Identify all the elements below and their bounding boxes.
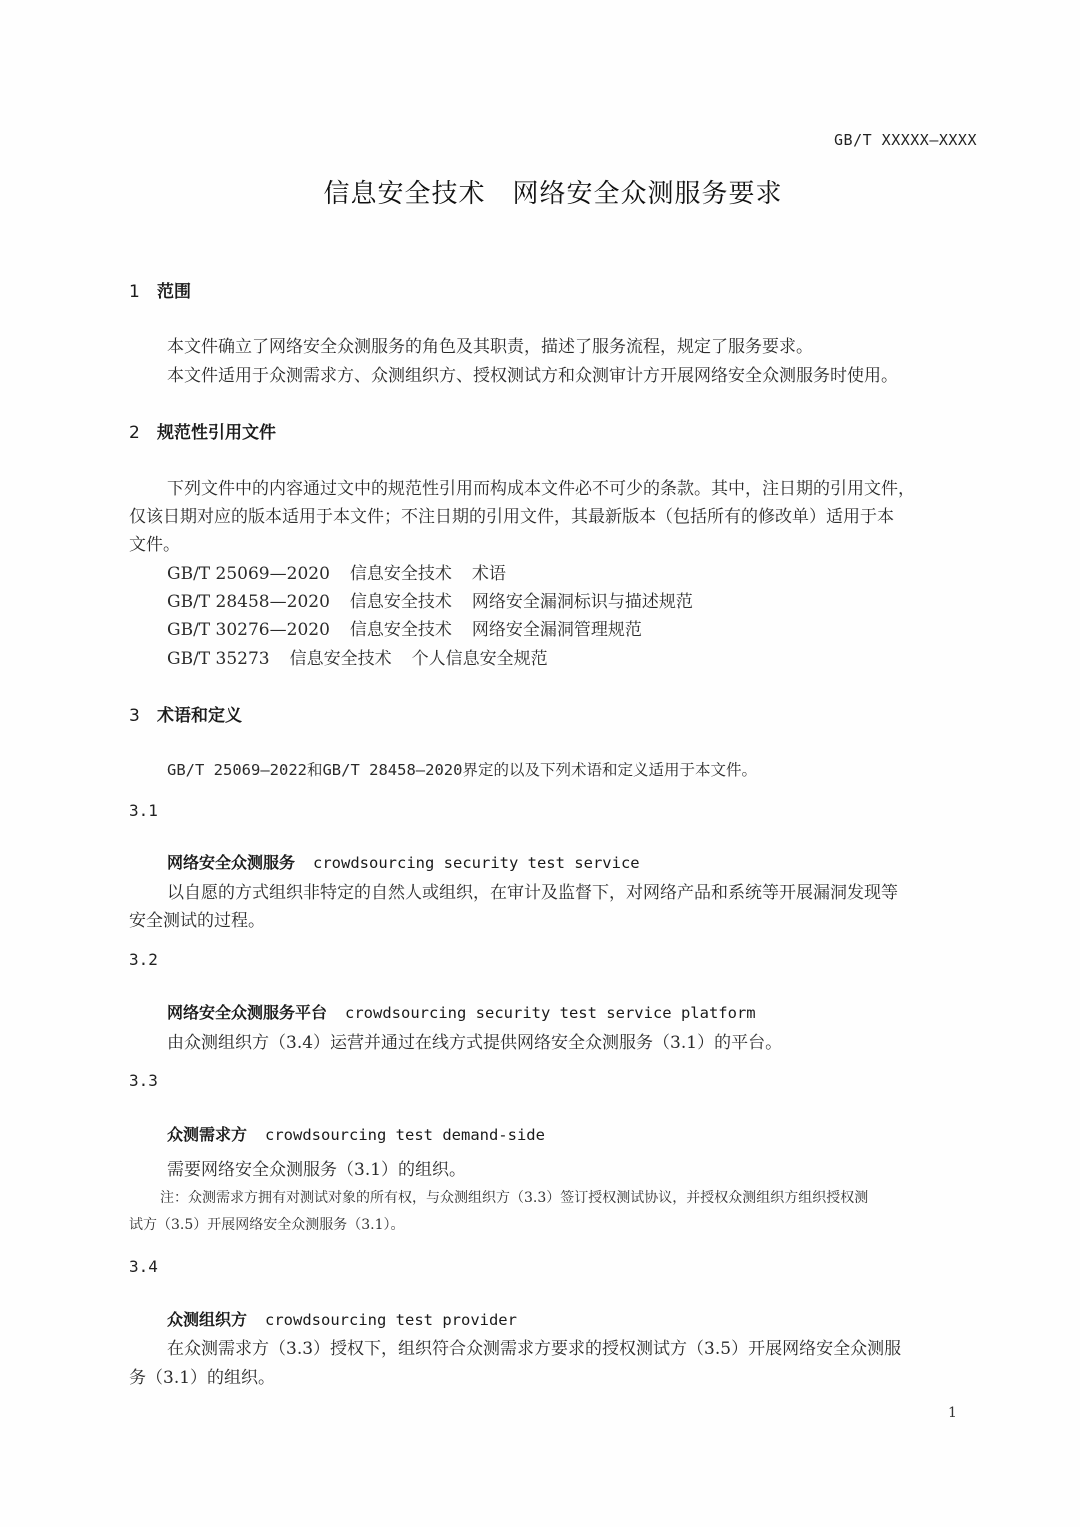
paragraph-line: 文件。 <box>129 530 180 555</box>
definition-line: 以自愿的方式组织非特定的自然人或组织，在审计及监督下，对网络产品和系统等开展漏洞… <box>167 878 898 903</box>
reference-item: GB/T 35273信息安全技术个人信息安全规范 <box>167 644 548 669</box>
term-chinese: 众测需求方 <box>167 1125 247 1144</box>
section-intro: GB/T 25069—2022和GB/T 28458—2020界定的以及下列术语… <box>167 758 757 780</box>
document-page: GB/T XXXXX—XXXX 信息安全技术 网络安全众测服务要求 1范围 本文… <box>0 0 1080 1527</box>
definition-line: 安全测试的过程。 <box>129 906 265 931</box>
term-entry: 众测需求方crowdsourcing test demand-side <box>167 1122 545 1145</box>
term-entry: 网络安全众测服务平台crowdsourcing security test se… <box>167 1000 756 1023</box>
reference-name: 网络安全漏洞管理规范 <box>472 620 642 640</box>
reference-name: 个人信息安全规范 <box>412 649 548 669</box>
section-3-heading: 3术语和定义 <box>129 701 242 726</box>
reference-name: 网络安全漏洞标识与描述规范 <box>472 592 693 612</box>
term-entry: 众测组织方crowdsourcing test provider <box>167 1307 517 1330</box>
reference-field: 信息安全技术 <box>290 649 392 669</box>
section-number: 2 <box>129 423 157 443</box>
standard-code: GB/T XXXXX—XXXX <box>834 131 977 149</box>
clause-number: 3.4 <box>129 1257 158 1276</box>
term-english: crowdsourcing security test service plat… <box>345 1004 756 1022</box>
definition-line: 在众测需求方（3.3）授权下，组织符合众测需求方要求的授权测试方（3.5）开展网… <box>167 1334 901 1359</box>
term-chinese: 众测组织方 <box>167 1310 247 1329</box>
reference-field: 信息安全技术 <box>350 620 452 640</box>
reference-code: GB/T 25069—2020 <box>167 564 330 584</box>
reference-code: GB/T 30276—2020 <box>167 620 330 640</box>
term-english: crowdsourcing security test service <box>313 854 640 872</box>
reference-code: GB/T 28458—2020 <box>167 592 330 612</box>
section-1-heading: 1范围 <box>129 277 191 302</box>
section-title: 规范性引用文件 <box>157 423 276 443</box>
definition-line: 由众测组织方（3.4）运营并通过在线方式提供网络安全众测服务（3.1）的平台。 <box>167 1028 782 1053</box>
reference-code: GB/T 35273 <box>167 649 270 669</box>
paragraph-line: 仅该日期对应的版本适用于本文件；不注日期的引用文件，其最新版本（包括所有的修改单… <box>129 502 894 527</box>
section-title: 范围 <box>157 282 191 302</box>
reference-name: 术语 <box>472 564 506 584</box>
reference-item: GB/T 28458—2020信息安全技术网络安全漏洞标识与描述规范 <box>167 587 693 612</box>
reference-field: 信息安全技术 <box>350 592 452 612</box>
term-english: crowdsourcing test demand-side <box>265 1126 545 1144</box>
document-title: 信息安全技术 网络安全众测服务要求 <box>0 173 1080 210</box>
clause-number: 3.1 <box>129 801 158 820</box>
section-2-heading: 2规范性引用文件 <box>129 418 276 443</box>
paragraph-line: 下列文件中的内容通过文中的规范性引用而构成本文件必不可少的条款。其中，注日期的引… <box>167 474 915 499</box>
clause-number: 3.3 <box>129 1071 158 1090</box>
paragraph-line: 本文件确立了网络安全众测服务的角色及其职责，描述了服务流程，规定了服务要求。 <box>167 332 813 357</box>
section-number: 3 <box>129 706 157 726</box>
section-title: 术语和定义 <box>157 706 242 726</box>
section-number: 1 <box>129 282 157 302</box>
definition-line: 需要网络安全众测服务（3.1）的组织。 <box>167 1155 466 1180</box>
definition-line: 务（3.1）的组织。 <box>129 1363 275 1388</box>
term-entry: 网络安全众测服务crowdsourcing security test serv… <box>167 850 640 873</box>
clause-number: 3.2 <box>129 950 158 969</box>
note-line: 注：众测需求方拥有对测试对象的所有权，与众测组织方（3.3）签订授权测试协议，并… <box>160 1187 868 1207</box>
reference-item: GB/T 25069—2020信息安全技术术语 <box>167 559 506 584</box>
paragraph-line: 本文件适用于众测需求方、众测组织方、授权测试方和众测审计方开展网络安全众测服务时… <box>167 361 898 386</box>
reference-item: GB/T 30276—2020信息安全技术网络安全漏洞管理规范 <box>167 615 642 640</box>
term-english: crowdsourcing test provider <box>265 1311 517 1329</box>
term-chinese: 网络安全众测服务 <box>167 853 295 872</box>
note-line: 试方（3.5）开展网络安全众测服务（3.1）。 <box>129 1214 405 1234</box>
page-number: 1 <box>948 1405 957 1421</box>
reference-field: 信息安全技术 <box>350 564 452 584</box>
term-chinese: 网络安全众测服务平台 <box>167 1003 327 1022</box>
